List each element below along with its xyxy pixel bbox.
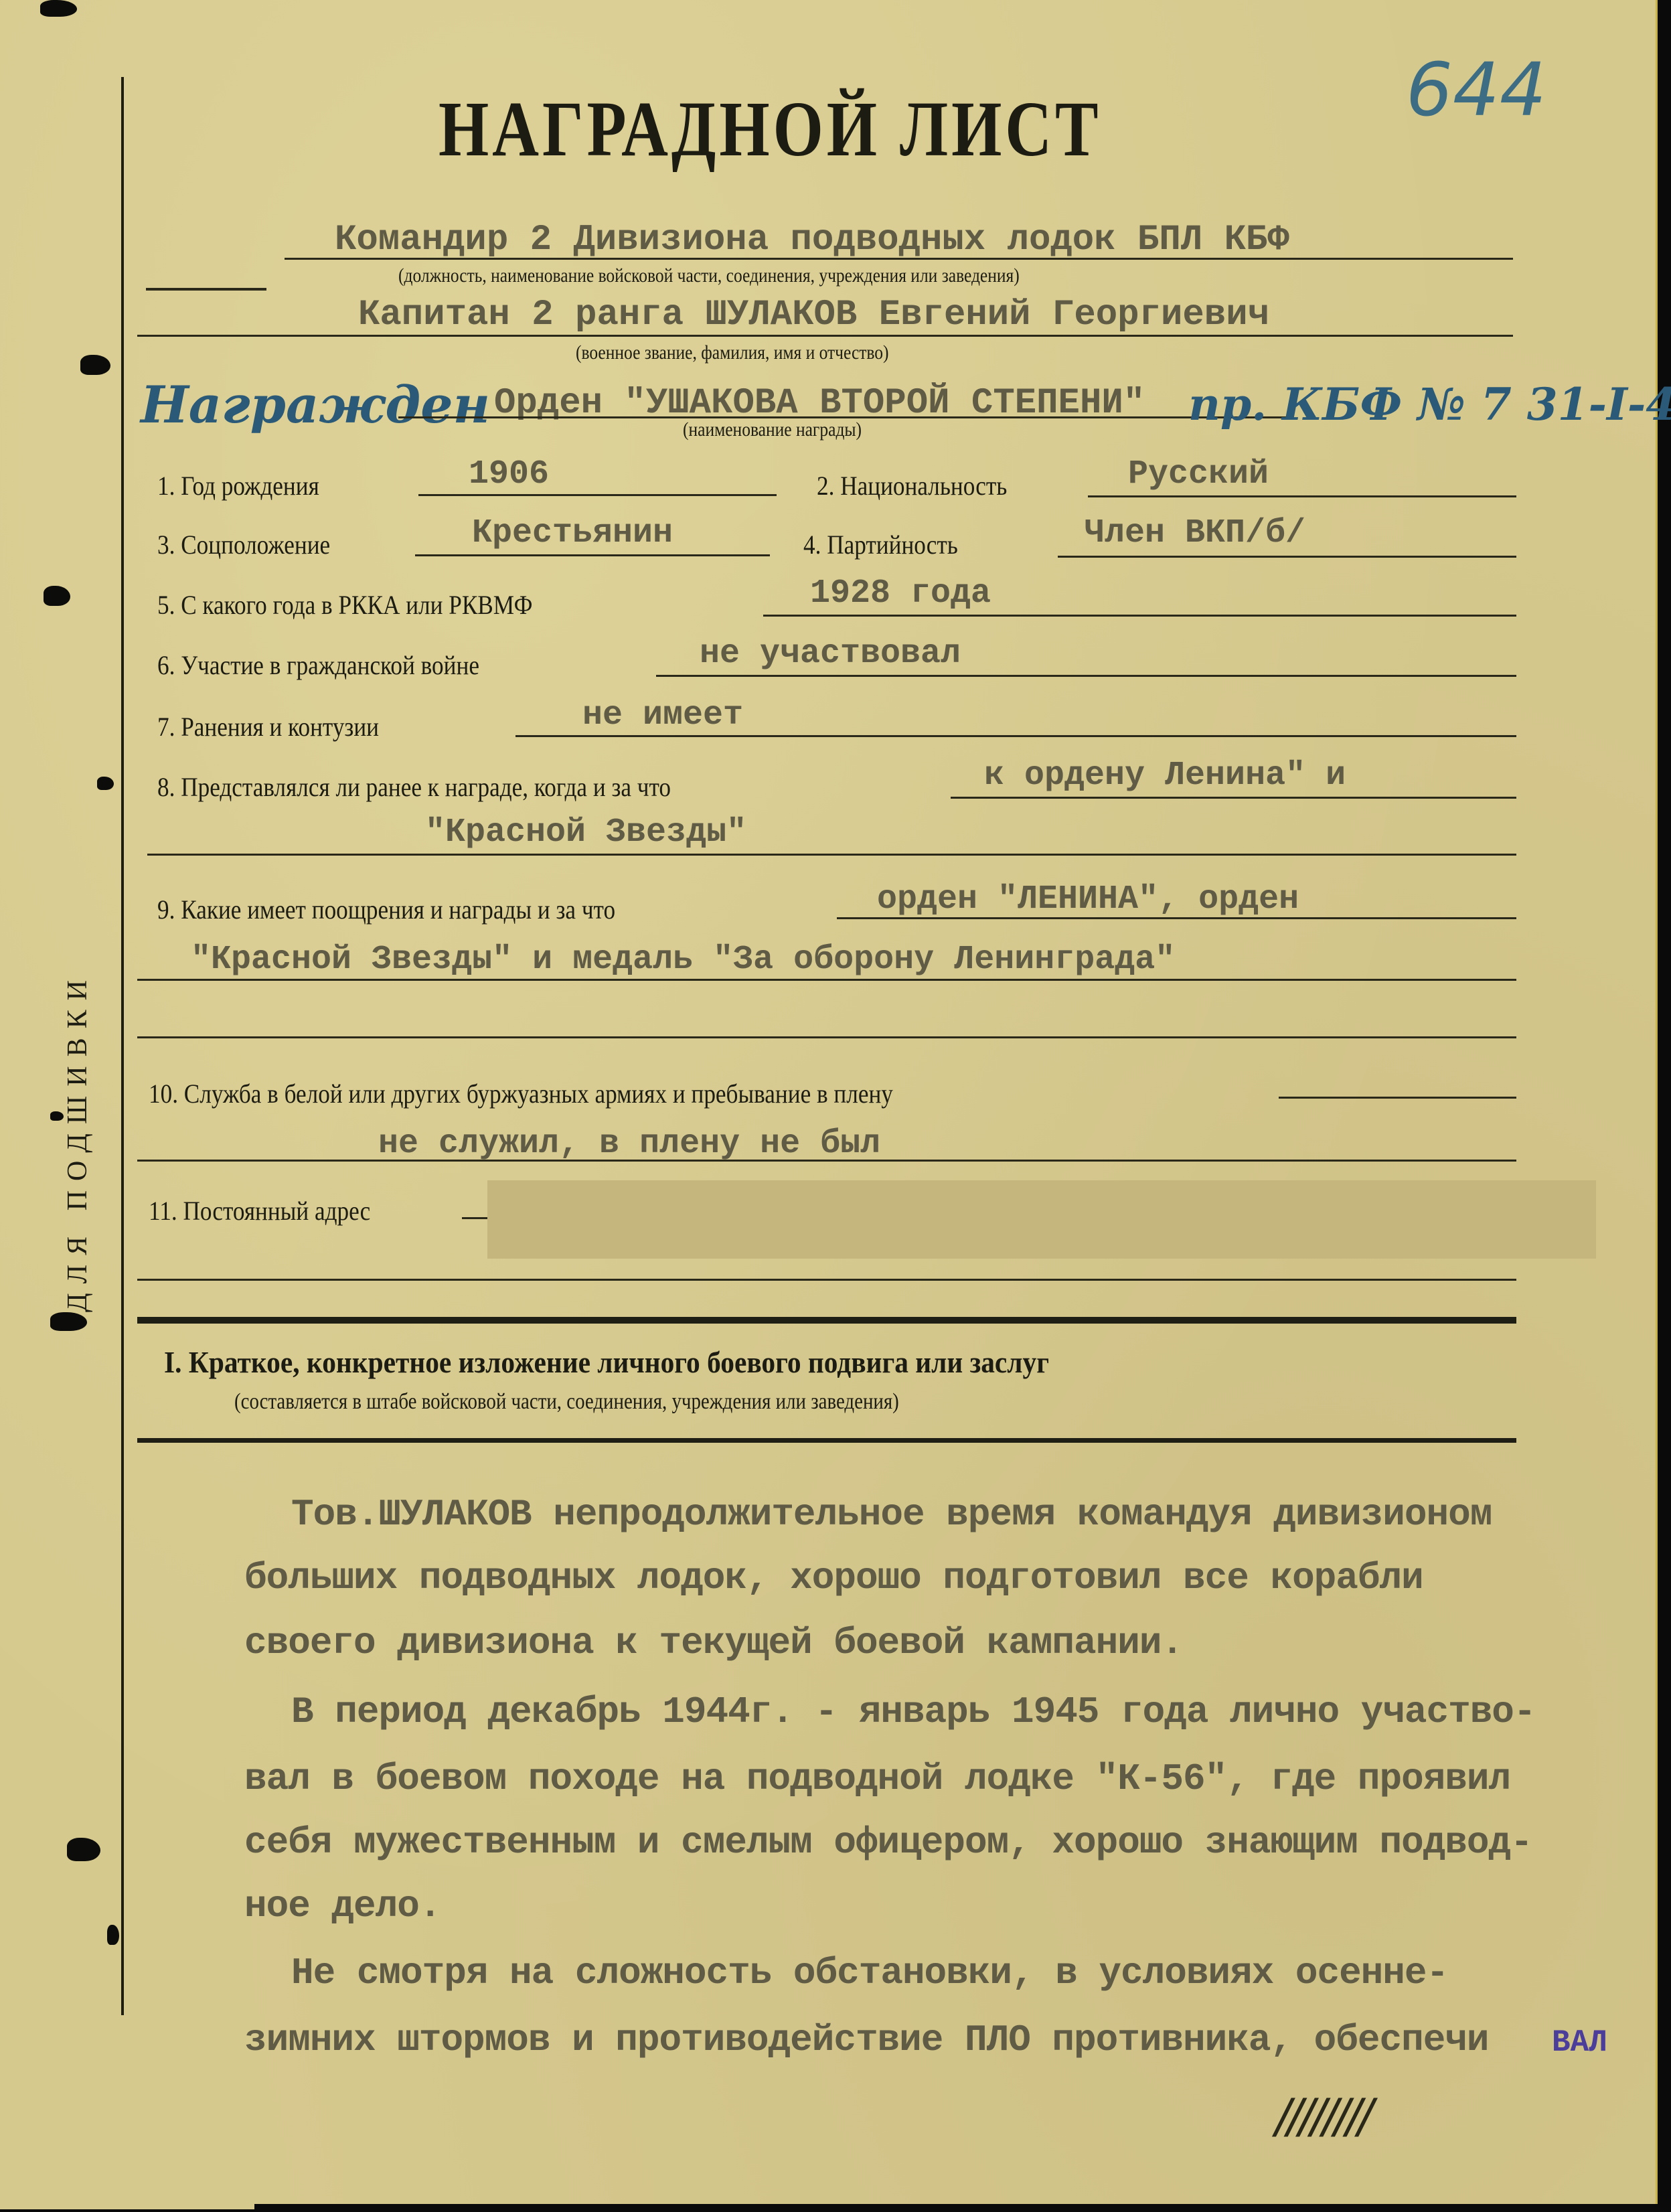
field-10-underline-2 — [137, 1160, 1516, 1162]
field-3-label: 3. Соцположение — [157, 529, 330, 560]
field-4-underline — [1058, 556, 1516, 558]
punch-hole — [40, 0, 77, 17]
name-caption: (военное звание, фамилия, имя и отчество… — [576, 341, 889, 364]
field-11-underline-stub — [462, 1217, 489, 1219]
field-number: 11. — [149, 1196, 177, 1226]
field-number: 2. — [817, 471, 834, 501]
field-label: Какие имеет поощрения и награды и за что — [181, 894, 615, 925]
field-6-label: 6. Участие в гражданской войне — [157, 649, 479, 681]
field-8-underline-2 — [147, 854, 1516, 856]
field-label: Национальность — [840, 471, 1007, 501]
narrative-line: ное дело. — [244, 1885, 441, 1927]
field-7-underline — [515, 735, 1516, 737]
field-label: Год рождения — [181, 471, 319, 501]
page-title: НАГРАДНОЙ ЛИСТ — [439, 84, 1102, 175]
handwritten-order-reference: пр. КБФ № 7 31-I-45 — [1188, 378, 1671, 430]
field-number: 4. — [803, 530, 821, 560]
field-7-label: 7. Ранения и контузии — [157, 711, 379, 742]
field-4-label: 4. Партийность — [803, 529, 958, 560]
punch-hole — [50, 1312, 87, 1331]
field-2-label: 2. Национальность — [817, 470, 1007, 501]
field-10-underline — [1279, 1097, 1516, 1099]
field-6-underline — [656, 675, 1516, 677]
punch-hole — [97, 777, 114, 790]
field-9-underline-3 — [137, 1036, 1516, 1038]
narrative-line: себя мужественным и смелым офицером, хор… — [244, 1821, 1532, 1864]
field-9-underline — [837, 917, 1516, 919]
field-label: Соцположение — [181, 530, 330, 560]
bottom-edge-shadow — [254, 2204, 1660, 2209]
continuation-mark: //////// — [1275, 2089, 1370, 2144]
field-label: Участие в гражданской войне — [181, 650, 479, 680]
field-label: Ранения и контузии — [181, 712, 379, 742]
field-label: Партийность — [827, 530, 958, 560]
field-label: Представлялся ли ранее к награде, когда … — [181, 772, 671, 802]
binding-margin-label: ДЛЯ ПОДШИВКИ — [62, 971, 94, 1312]
field-11-label: 11. Постоянный адрес — [149, 1195, 370, 1227]
field-5-underline — [763, 615, 1516, 617]
field-number: 5. — [157, 590, 175, 620]
field-label: Постоянный адрес — [183, 1196, 370, 1226]
punch-hole — [44, 586, 70, 606]
narrative-line: больших подводных лодок, хорошо подготов… — [244, 1557, 1423, 1599]
narrative-line: вал в боевом походе на подводной лодке "… — [244, 1757, 1510, 1800]
section-1-subheading: (составляется в штабе войсковой части, с… — [234, 1389, 899, 1415]
page-number: 644 — [1406, 47, 1546, 133]
field-9-underline-2 — [137, 979, 1516, 981]
field-10-label: 10. Служба в белой или других буржуазных… — [149, 1078, 893, 1109]
punch-hole — [80, 355, 110, 375]
name-value: Капитан 2 ранга ШУЛАКОВ Евгений Георгиев… — [358, 295, 1269, 335]
field-number: 8. — [157, 772, 175, 802]
field-number: 6. — [157, 650, 175, 680]
field-11-underline-2 — [137, 1279, 1516, 1281]
document-page: ДЛЯ ПОДШИВКИ 644 НАГРАДНОЙ ЛИСТ Командир… — [0, 0, 1658, 2209]
field-number: 1. — [157, 471, 175, 501]
edge-stamp-text: ВАЛ — [1552, 2025, 1607, 2060]
field-2-value: Русский — [1128, 455, 1269, 493]
punch-hole — [107, 1925, 119, 1945]
section-divider-top — [137, 1317, 1516, 1324]
field-9-value-line2: "Красной Звезды" и медаль "За оборону Ле… — [191, 941, 1175, 979]
top-left-tick — [146, 288, 266, 291]
field-5-value: 1928 года — [810, 574, 991, 613]
field-10-value: не служил, в плену не был — [378, 1125, 880, 1163]
field-1-label: 1. Год рождения — [157, 470, 319, 501]
narrative-line: Тов.ШУЛАКОВ непродолжительное время кома… — [291, 1493, 1492, 1536]
award-caption: (наименование награды) — [683, 418, 862, 441]
field-9-value: орден "ЛЕНИНА", орден — [877, 880, 1299, 919]
field-4-value: Член ВКП/б/ — [1085, 514, 1305, 552]
position-caption: (должность, наименование войсковой части… — [398, 264, 1020, 287]
field-2-underline — [1088, 495, 1516, 497]
field-8-value-line2: "Красной Звезды" — [425, 813, 746, 852]
position-underline — [285, 258, 1513, 260]
field-3-underline — [415, 554, 770, 556]
field-number: 10. — [149, 1079, 178, 1109]
field-8-underline — [951, 797, 1516, 799]
section-1-heading: I. Краткое, конкретное изложение личного… — [164, 1344, 1049, 1380]
punch-hole — [67, 1838, 100, 1861]
field-8-value: к ордену Ленина" и — [984, 757, 1346, 795]
field-6-value: не участвовал — [700, 635, 961, 673]
paper-edge — [1656, 0, 1658, 2209]
field-label: Служба в белой или других буржуазных арм… — [184, 1079, 893, 1109]
field-label: С какого года в РККА или РКВМФ — [181, 590, 532, 620]
field-8-label: 8. Представлялся ли ранее к награде, ког… — [157, 771, 671, 803]
field-1-value: 1906 — [469, 455, 549, 493]
narrative-line: своего дивизиона к текущей боевой кампан… — [244, 1622, 1183, 1664]
field-9-label: 9. Какие имеет поощрения и награды и за … — [157, 894, 615, 925]
narrative-line: зимних штормов и противодействие ПЛО про… — [244, 2019, 1489, 2061]
field-1-underline — [418, 494, 777, 496]
field-number: 9. — [157, 894, 175, 925]
section-divider-bottom — [137, 1438, 1516, 1443]
field-5-label: 5. С какого года в РККА или РКВМФ — [157, 589, 532, 621]
position-value: Командир 2 Дивизиона подводных лодок БПЛ… — [335, 220, 1289, 260]
field-number: 7. — [157, 712, 175, 742]
address-redaction — [487, 1180, 1596, 1259]
name-underline — [137, 335, 1513, 337]
field-number: 3. — [157, 530, 175, 560]
narrative-line: В период декабрь 1944г. - январь 1945 го… — [291, 1690, 1536, 1733]
handwritten-awarded-note: Награжден — [141, 375, 490, 434]
narrative-line: Не смотря на сложность обстановки, в усл… — [291, 1952, 1448, 1994]
field-3-value: Крестьянин — [472, 514, 673, 552]
binding-margin-line — [121, 77, 124, 2015]
field-7-value: не имеет — [582, 696, 743, 734]
